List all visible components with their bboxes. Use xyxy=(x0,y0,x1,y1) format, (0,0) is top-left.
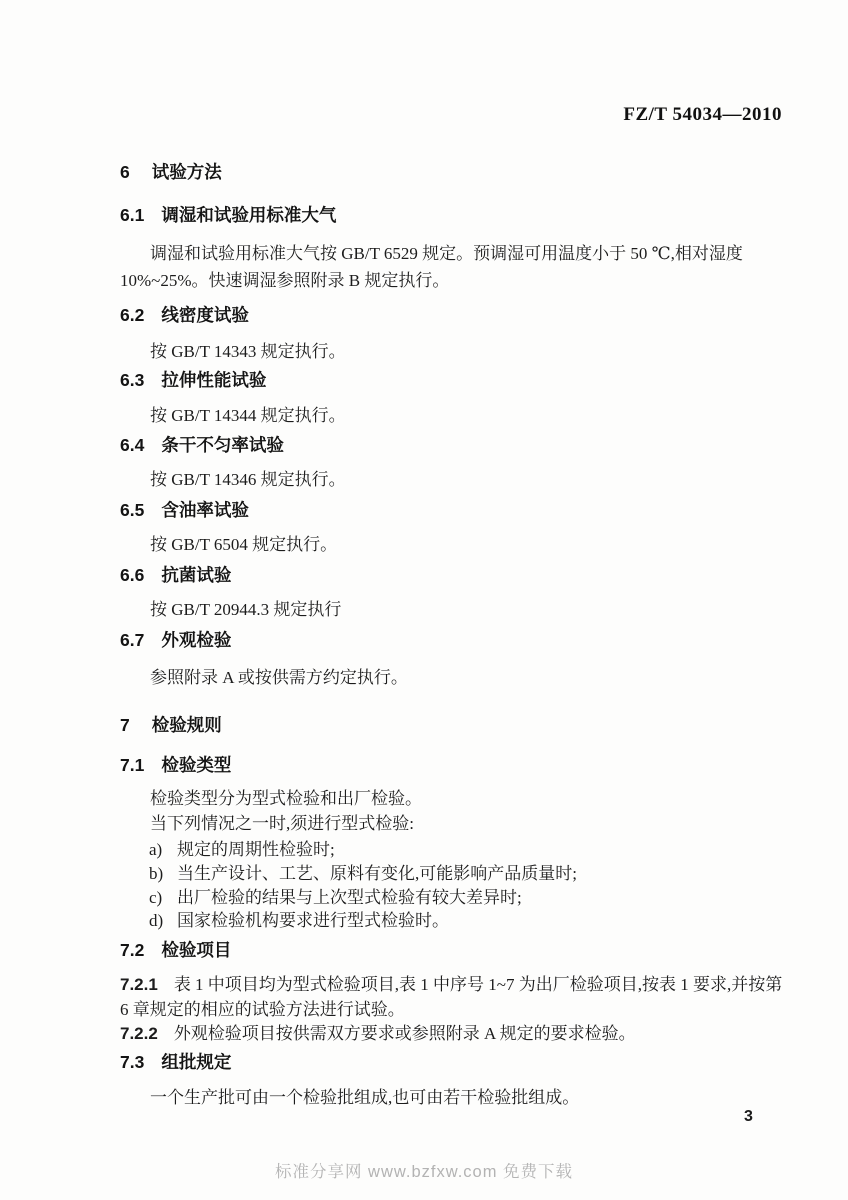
clause-number: 7.2.1 xyxy=(120,975,174,994)
clause-number: 6.1 xyxy=(120,205,144,225)
list-item-marker: c) xyxy=(149,888,162,907)
clause-number: 7.2.2 xyxy=(120,1024,174,1043)
clause-title: 组批规定 xyxy=(161,1052,231,1072)
numbered-paragraph: 7.2.2外观检验项目按供需双方要求或参照附录 A 规定的要求检验。 xyxy=(120,1021,784,1046)
clause-number: 7.1 xyxy=(120,755,144,775)
standard-number-header: FZ/T 54034—2010 xyxy=(0,104,782,126)
paragraph: 按 GB/T 20944.3 规定执行 xyxy=(120,596,784,623)
clause-title: 条干不匀率试验 xyxy=(161,435,284,455)
list-item-text: 规定的周期性检验时; xyxy=(177,840,335,859)
document-page: FZ/T 54034—2010 6试验方法 6.1调湿和试验用标准大气 调湿和试… xyxy=(0,0,848,1200)
clause-heading: 6.5含油率试验 xyxy=(120,501,784,520)
section-title: 检验规则 xyxy=(152,715,222,735)
clause-title: 线密度试验 xyxy=(161,305,249,325)
clause-title: 检验项目 xyxy=(161,940,231,960)
paragraph: 按 GB/T 6504 规定执行。 xyxy=(120,531,784,558)
list-item-marker: d) xyxy=(149,911,163,930)
paragraph: 按 GB/T 14346 规定执行。 xyxy=(120,466,784,493)
clause-title: 调湿和试验用标准大气 xyxy=(161,205,336,225)
numbered-paragraph: 7.2.1表 1 中项目均为型式检验项目,表 1 中序号 1~7 为出厂检验项目… xyxy=(120,972,784,1022)
clause-number: 6.2 xyxy=(120,305,144,325)
clause-heading: 6.2线密度试验 xyxy=(120,306,784,325)
clause-heading: 6.6抗菌试验 xyxy=(120,566,784,585)
clause-heading: 6.4条干不匀率试验 xyxy=(120,436,784,455)
clause-title: 含油率试验 xyxy=(161,500,249,520)
clause-title: 外观检验 xyxy=(161,630,231,650)
clause-number: 6.5 xyxy=(120,500,144,520)
paragraph: 当下列情况之一时,须进行型式检验: xyxy=(120,814,784,834)
clause-title: 抗菌试验 xyxy=(161,565,231,585)
clause-heading: 7.3组批规定 xyxy=(120,1053,784,1072)
paragraph: 参照附录 A 或按供需方约定执行。 xyxy=(120,664,784,691)
list-item: d)国家检验机构要求进行型式检验时。 xyxy=(120,911,841,930)
clause-heading: 6.1调湿和试验用标准大气 xyxy=(120,206,784,225)
clause-number: 6.3 xyxy=(120,370,144,390)
clause-number: 6.7 xyxy=(120,630,144,650)
clause-heading: 7.1检验类型 xyxy=(120,756,784,775)
section-heading: 6试验方法 xyxy=(120,163,784,182)
paragraph: 按 GB/T 14343 规定执行。 xyxy=(120,338,784,365)
paragraph: 检验类型分为型式检验和出厂检验。 xyxy=(120,789,784,809)
paragraph: 调湿和试验用标准大气按 GB/T 6529 规定。预调湿可用温度小于 50 ℃,… xyxy=(120,240,784,294)
list-item-marker: a) xyxy=(149,840,162,859)
paragraph: 一个生产批可由一个检验批组成,也可由若干检验批组成。 xyxy=(120,1084,784,1111)
section-number: 7 xyxy=(120,715,130,735)
clause-heading: 6.3拉伸性能试验 xyxy=(120,371,784,390)
paragraph-text: 表 1 中项目均为型式检验项目,表 1 中序号 1~7 为出厂检验项目,按表 1… xyxy=(120,975,782,1019)
clause-number: 6.4 xyxy=(120,435,144,455)
list-item: b)当生产设计、工艺、原料有变化,可能影响产品质量时; xyxy=(120,864,841,883)
clause-number: 7.3 xyxy=(120,1052,144,1072)
clause-title: 检验类型 xyxy=(161,755,231,775)
list-item: c)出厂检验的结果与上次型式检验有较大差异时; xyxy=(120,888,841,907)
paragraph-text: 外观检验项目按供需双方要求或参照附录 A 规定的要求检验。 xyxy=(174,1024,636,1043)
clause-heading: 6.7外观检验 xyxy=(120,631,784,650)
clause-number: 7.2 xyxy=(120,940,144,960)
list-item-text: 当生产设计、工艺、原料有变化,可能影响产品质量时; xyxy=(177,864,577,883)
list-item-marker: b) xyxy=(149,864,163,883)
clause-heading: 7.2检验项目 xyxy=(120,941,784,960)
page-number: 3 xyxy=(744,1108,753,1126)
list-item-text: 出厂检验的结果与上次型式检验有较大差异时; xyxy=(177,888,522,907)
watermark: 标准分享网 www.bzfxw.com 免费下载 xyxy=(0,1158,848,1182)
section-title: 试验方法 xyxy=(152,162,222,182)
clause-number: 6.6 xyxy=(120,565,144,585)
section-number: 6 xyxy=(120,162,130,182)
list-item-text: 国家检验机构要求进行型式检验时。 xyxy=(177,911,449,930)
list-item: a)规定的周期性检验时; xyxy=(120,840,841,859)
clause-title: 拉伸性能试验 xyxy=(161,370,266,390)
paragraph: 按 GB/T 14344 规定执行。 xyxy=(120,402,784,429)
section-heading: 7检验规则 xyxy=(120,716,784,735)
